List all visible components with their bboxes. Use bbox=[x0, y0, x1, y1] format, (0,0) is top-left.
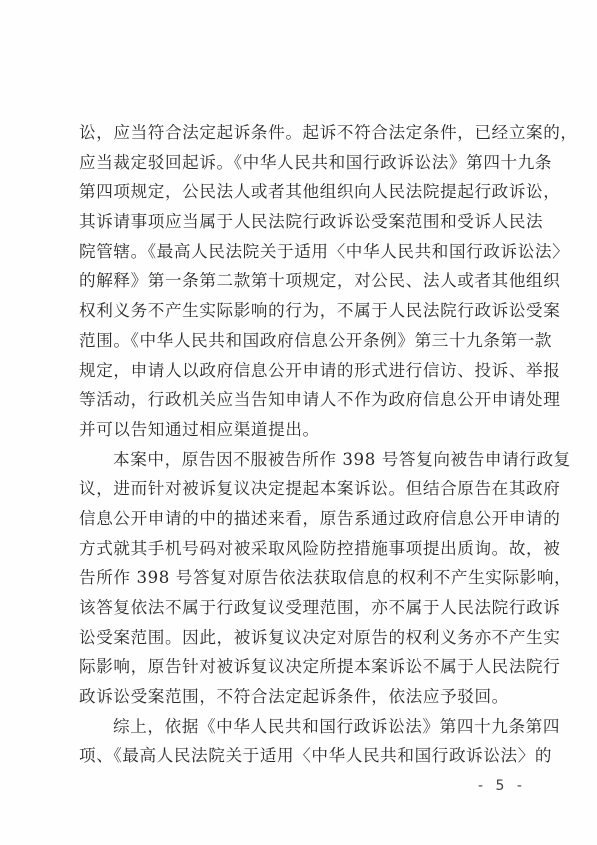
text-line: 的解释》第一条第二款第十项规定，对公民、法人或者其他组织 bbox=[79, 266, 523, 296]
text-line: 方式就其手机号码对被采取风险防控措施事项提出质询。故，被 bbox=[79, 534, 523, 564]
document-page: 讼，应当符合法定起诉条件。起诉不符合法定条件，已经立案的， 应当裁定驳回起诉。《… bbox=[0, 0, 597, 845]
paragraph-end-line: 并可以告知通过相应渠道提出。 bbox=[79, 415, 523, 445]
text-line: 应当裁定驳回起诉。《中华人民共和国行政诉讼法》第四十九条 bbox=[79, 148, 523, 178]
text-line: 权利义务不产生实际影响的行为，不属于人民法院行政诉讼受案 bbox=[79, 296, 523, 326]
text-line: 项、《最高人民法院关于适用〈中华人民共和国行政诉讼法〉的 bbox=[79, 741, 523, 771]
document-body: 讼，应当符合法定起诉条件。起诉不符合法定条件，已经立案的， 应当裁定驳回起诉。《… bbox=[79, 118, 523, 771]
text-line: 规定，申请人以政府信息公开申请的形式进行信访、投诉、举报 bbox=[79, 356, 523, 386]
paragraph-start-line: 本案中，原告因不服被告所作 398 号答复向被告申请行政复 bbox=[79, 445, 523, 475]
text-line: 范围。《中华人民共和国政府信息公开条例》第三十九条第一款 bbox=[79, 326, 523, 356]
text-line: 其诉请事项应当属于人民法院行政诉讼受案范围和受诉人民法 bbox=[79, 207, 523, 237]
text-line: 告所作 398 号答复对原告依法获取信息的权利不产生实际影响， bbox=[79, 563, 523, 593]
text-line: 该答复依法不属于行政复议受理范围，亦不属于人民法院行政诉 bbox=[79, 593, 523, 623]
text-line: 讼受案范围。因此，被诉复议决定对原告的权利义务亦不产生实 bbox=[79, 623, 523, 653]
text-line: 院管辖。《最高人民法院关于适用〈中华人民共和国行政诉讼法〉 bbox=[79, 237, 523, 267]
text-line: 等活动，行政机关应当告知申请人不作为政府信息公开申请处理 bbox=[79, 385, 523, 415]
text-line: 第四项规定，公民法人或者其他组织向人民法院提起行政诉讼， bbox=[79, 177, 523, 207]
text-line: 际影响，原告针对被诉复议决定所提本案诉讼不属于人民法院行 bbox=[79, 652, 523, 682]
text-line: 信息公开申请的中的描述来看，原告系通过政府信息公开申请的 bbox=[79, 504, 523, 534]
text-line: 讼，应当符合法定起诉条件。起诉不符合法定条件，已经立案的， bbox=[79, 118, 523, 148]
paragraph-end-line: 政诉讼受案范围，不符合法定起诉条件，依法应予驳回。 bbox=[79, 682, 523, 712]
page-number: - 5 - bbox=[478, 778, 526, 794]
paragraph-start-line: 综上，依据《中华人民共和国行政诉讼法》第四十九条第四 bbox=[79, 712, 523, 742]
text-line: 议，进而针对被诉复议决定提起本案诉讼。但结合原告在其政府 bbox=[79, 474, 523, 504]
